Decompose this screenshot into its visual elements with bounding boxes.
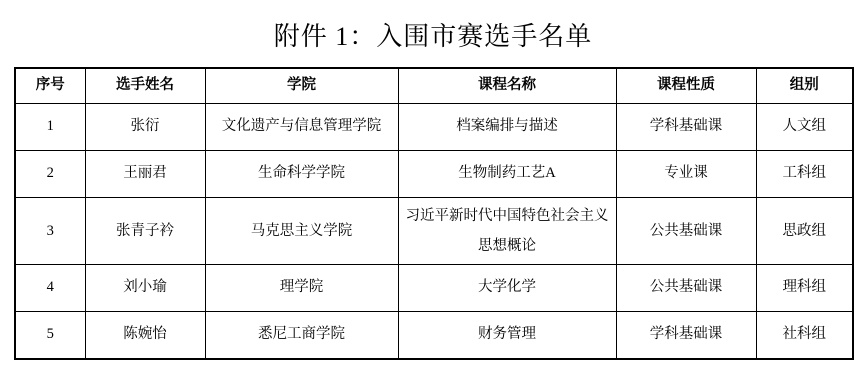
table-cell-no: 2 [15, 151, 85, 198]
table-cell-name: 刘小瑜 [85, 265, 205, 312]
table-cell-group: 人文组 [756, 104, 853, 151]
column-header: 课程名称 [398, 68, 616, 104]
table-row: 3张青子衿马克思主义学院习近平新时代中国特色社会主义思想概论公共基础课思政组 [15, 198, 853, 265]
column-header: 序号 [15, 68, 85, 104]
table-cell-college: 文化遗产与信息管理学院 [205, 104, 398, 151]
table-cell-course: 生物制药工艺A [398, 151, 616, 198]
table-cell-name: 王丽君 [85, 151, 205, 198]
table-cell-college: 马克思主义学院 [205, 198, 398, 265]
page-title: 附件 1：入围市赛选手名单 [0, 0, 866, 53]
column-header: 学院 [205, 68, 398, 104]
table-cell-group: 社科组 [756, 312, 853, 360]
table-cell-group: 思政组 [756, 198, 853, 265]
table-cell-name: 陈婉怡 [85, 312, 205, 360]
table-cell-name: 张衍 [85, 104, 205, 151]
table-row: 4刘小瑜理学院大学化学公共基础课理科组 [15, 265, 853, 312]
table-cell-course_type: 专业课 [616, 151, 756, 198]
table-cell-no: 4 [15, 265, 85, 312]
table-cell-college: 理学院 [205, 265, 398, 312]
table-cell-course: 习近平新时代中国特色社会主义思想概论 [398, 198, 616, 265]
table-header-row: 序号选手姓名学院课程名称课程性质组别 [15, 68, 853, 104]
table-cell-college: 生命科学学院 [205, 151, 398, 198]
table-row: 1张衍文化遗产与信息管理学院档案编排与描述学科基础课人文组 [15, 104, 853, 151]
table-cell-no: 5 [15, 312, 85, 360]
table-cell-no: 3 [15, 198, 85, 265]
table-row: 2王丽君生命科学学院生物制药工艺A专业课工科组 [15, 151, 853, 198]
table-cell-name: 张青子衿 [85, 198, 205, 265]
roster-table: 序号选手姓名学院课程名称课程性质组别 1张衍文化遗产与信息管理学院档案编排与描述… [14, 67, 854, 360]
document-page: 附件 1：入围市赛选手名单 序号选手姓名学院课程名称课程性质组别 1张衍文化遗产… [0, 0, 866, 369]
table-cell-group: 工科组 [756, 151, 853, 198]
column-header: 课程性质 [616, 68, 756, 104]
table-cell-course: 财务管理 [398, 312, 616, 360]
table-cell-course: 大学化学 [398, 265, 616, 312]
table-cell-course_type: 公共基础课 [616, 198, 756, 265]
table-row: 5陈婉怡悉尼工商学院财务管理学科基础课社科组 [15, 312, 853, 360]
table-cell-course: 档案编排与描述 [398, 104, 616, 151]
column-header: 选手姓名 [85, 68, 205, 104]
column-header: 组别 [756, 68, 853, 104]
table-cell-course_type: 学科基础课 [616, 312, 756, 360]
table-cell-no: 1 [15, 104, 85, 151]
table-cell-course_type: 学科基础课 [616, 104, 756, 151]
table-cell-course_type: 公共基础课 [616, 265, 756, 312]
table-cell-group: 理科组 [756, 265, 853, 312]
table-cell-college: 悉尼工商学院 [205, 312, 398, 360]
table-body: 1张衍文化遗产与信息管理学院档案编排与描述学科基础课人文组2王丽君生命科学学院生… [15, 104, 853, 360]
